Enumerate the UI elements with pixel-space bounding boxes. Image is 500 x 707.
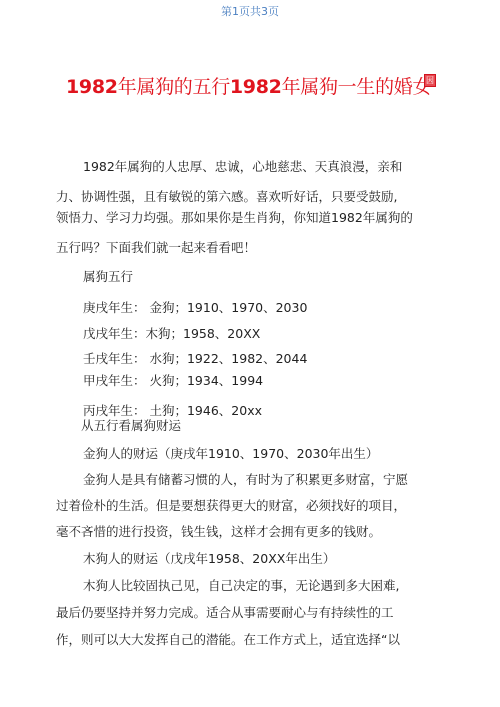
text-line: 金狗人的财运（庚戌年1910、1970、2030年出生） xyxy=(83,444,378,462)
title-text-1: 年属狗的五行 xyxy=(118,76,230,98)
text-line: 1982年属狗的人忠厚、忠诚，心地慈悲、天真浪漫，亲和 xyxy=(83,157,402,175)
text-line: 属狗五行 xyxy=(83,267,133,285)
text-line: 戊戌年生：木狗；1958、20XX xyxy=(83,324,260,342)
title-year-2: 1982 xyxy=(230,76,282,98)
text-line: 领悟力、学习力均强。那如果你是生肖狗，你知道1982年属狗的 xyxy=(56,208,413,226)
text-line: 过着俭朴的生活。但是要想获得更大的财富，必须找好的项目， xyxy=(56,496,406,514)
text-line: 壬戌年生： 水狗；1922、1982、2044 xyxy=(83,349,307,367)
text-line: 木狗人比较固执己见，自己决定的事，无论遇到多大困难, xyxy=(83,576,399,594)
text-line: 甲戌年生： 火狗；1934、1994 xyxy=(83,371,263,389)
text-line: 金狗人是具有储蓄习惯的人，有时为了积累更多财富，宁愿 xyxy=(83,470,408,488)
text-line: 力、协调性强，且有敏锐的第六感。喜欢听好话，只要受鼓励, xyxy=(56,187,397,205)
page-indicator: 第1页共3页 xyxy=(0,3,500,19)
text-line: 作，则可以大大发挥自己的潜能。在工作方式上，适宜选择“以 xyxy=(56,630,400,648)
document-title: 1982年属狗的五行1982年属狗一生的婚女 xyxy=(66,72,431,99)
text-line: 毫不吝惜的进行投资，钱生钱，这样才会拥有更多的钱财。 xyxy=(56,522,381,540)
title-text-2: 年属狗一生的婚女 xyxy=(282,76,432,98)
text-line: 庚戌年生： 金狗；1910、1970、2030 xyxy=(83,298,307,316)
text-line: 从五行看属狗财运 xyxy=(81,416,181,434)
text-line: 木狗人的财运（戊戌年1958、20XX年出生） xyxy=(83,549,335,567)
text-line: 最后仍要坚持并努力完成。适合从事需要耐心与有持续性的工 xyxy=(56,603,394,621)
text-line: 五行吗？下面我们就一起来看看吧！ xyxy=(56,238,256,256)
title-year-1: 1982 xyxy=(66,76,118,98)
stamp-icon: 因 xyxy=(424,74,436,87)
